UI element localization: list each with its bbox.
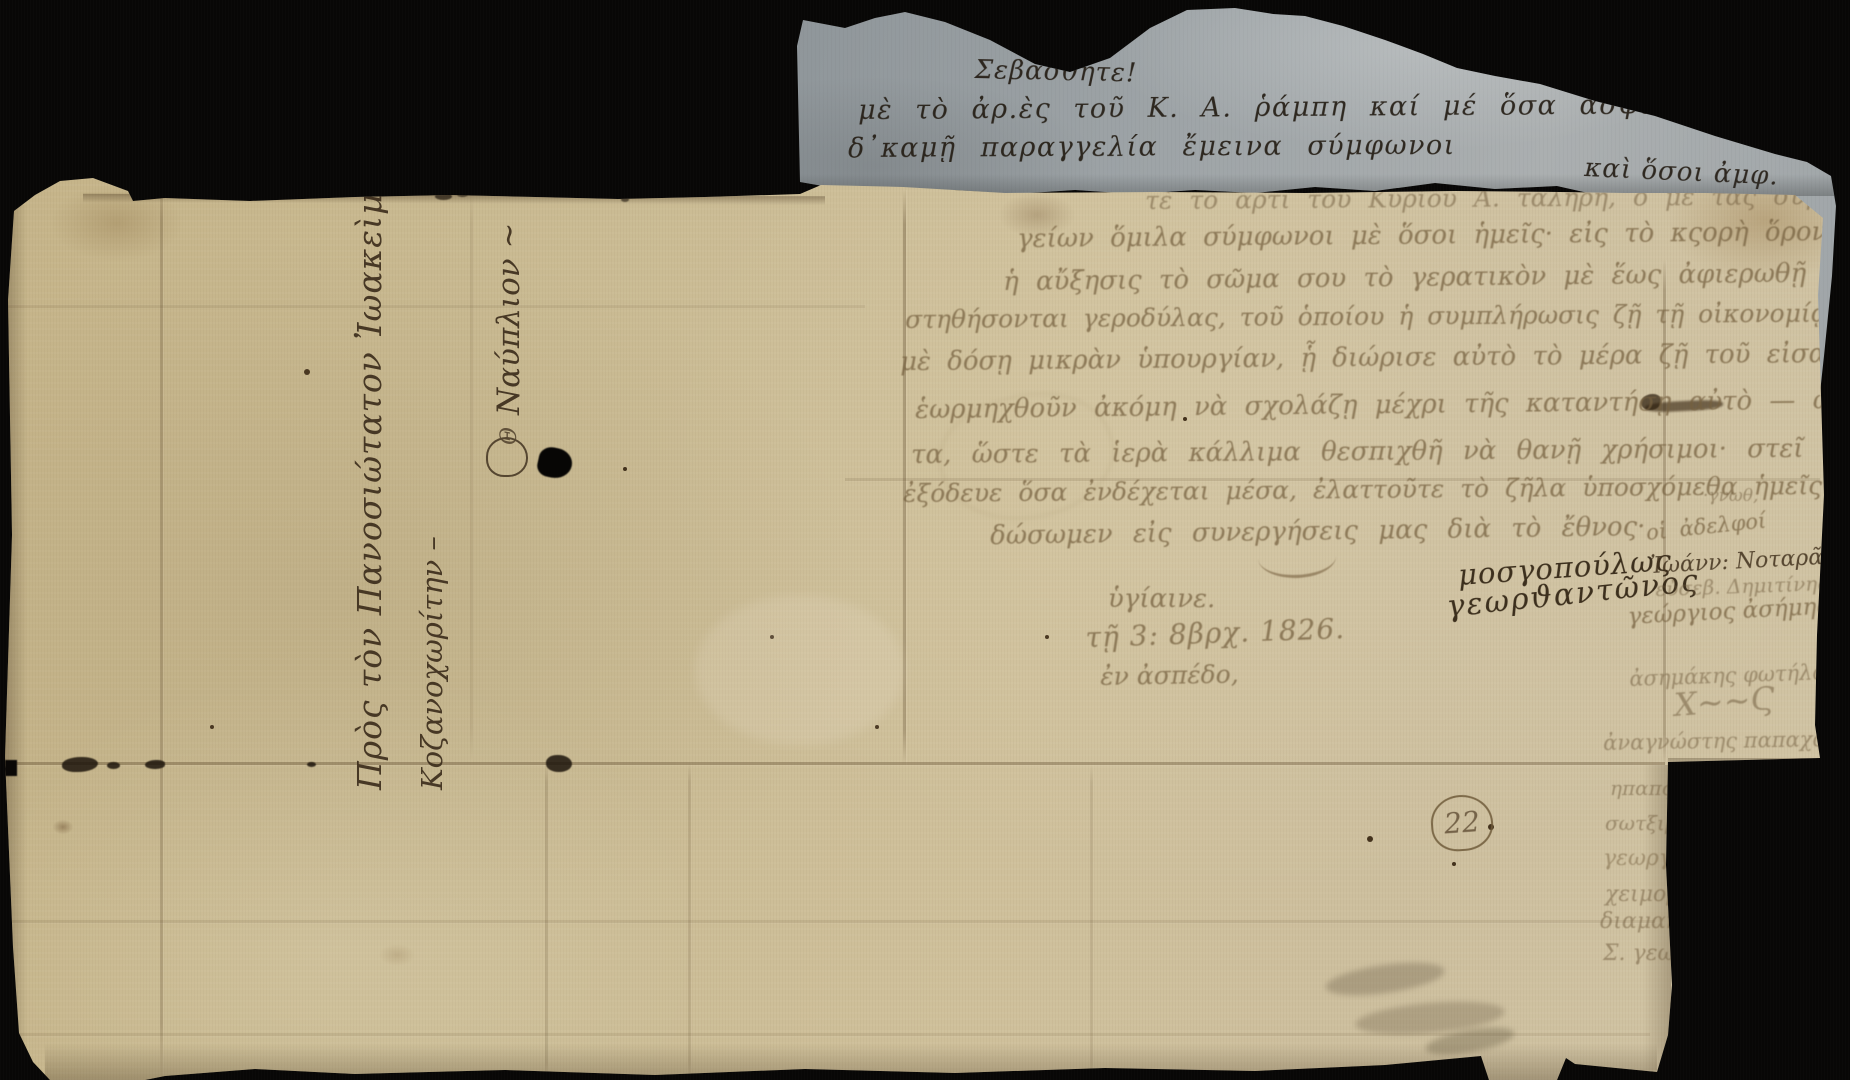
closing-salutation: ὑγίαινε. bbox=[1108, 585, 1215, 614]
signature-flourish-loop bbox=[1256, 534, 1337, 582]
letter-sheet: τὲ τὸ ἄρτι τοῦ Κυρίου Ἀ. ταλήρη, ὁ μὲ τὰ… bbox=[5, 165, 1830, 1080]
date-line: τῇ 3: 8βρχ. 1826. bbox=[1085, 614, 1346, 654]
edge-tear-left bbox=[5, 760, 17, 776]
paper-specks bbox=[5, 165, 9, 169]
strip-salutation: Σεβασθῆτε! bbox=[974, 56, 1137, 88]
signature-partial: ηπαπϛω bbox=[1610, 777, 1689, 799]
top-edge-mark-a bbox=[435, 193, 452, 200]
step-edge-shadow bbox=[1668, 758, 1820, 768]
ink-blot-fold-d bbox=[307, 762, 316, 767]
body-line: γείων ὅμιλα σύμφωνοι μὲ ὅσοι ἡμεῖς· εἰς … bbox=[1017, 216, 1850, 253]
fold-line-vertical-upper-left bbox=[470, 190, 473, 760]
place-line: ἐν ἀσπέδο, bbox=[1100, 661, 1239, 691]
page-number-badge: 22 bbox=[1429, 793, 1495, 853]
fold-line-horizontal-left-sheet bbox=[5, 305, 865, 308]
fold-line-horizontal-lower-a bbox=[5, 920, 1655, 923]
signature-partial: χειμορ bbox=[1605, 883, 1679, 907]
page-number: 22 bbox=[1443, 806, 1481, 839]
ink-blot-fold-c bbox=[145, 760, 165, 769]
strip-line-2: μὲ τὸ ἀρ.ὲς τοῦ Κ. Α. ῥάμπη καί μέ ὅσα ἀ… bbox=[858, 90, 1761, 126]
address-mark-glyph: Θ bbox=[498, 427, 522, 445]
address-destination: Ναύπλιον ∼ bbox=[492, 247, 526, 415]
ink-blot-fold-e bbox=[546, 755, 572, 772]
show-through-patch bbox=[695, 595, 905, 745]
interline-note: ·γνωθ, bbox=[1703, 487, 1758, 506]
signature-partial: γεωργά bbox=[1603, 847, 1687, 871]
top-edge-mark-b bbox=[457, 192, 468, 197]
body-line: τα, ὥστε τὰ ἱερὰ κάλλιμα θεσπιχθῆ νὰ θαν… bbox=[911, 434, 1850, 470]
paper-hole bbox=[535, 445, 574, 481]
signature-right-7: ἀναγνώστης παπαχανιώ bbox=[1603, 727, 1850, 755]
body-line: μὲ δόσῃ μικρὰν ὑπουργίαν, ᾗ διώρισε αὐτὸ… bbox=[900, 339, 1850, 377]
left-edge-shadow bbox=[5, 205, 27, 1067]
signature-partial: διαμαν bbox=[1600, 910, 1679, 934]
ink-blot-fold-a bbox=[62, 757, 98, 772]
scanned-letter-canvas: Σεβασθῆτε! μὲ τὸ ἀρ.ὲς τοῦ Κ. Α. ῥάμπη κ… bbox=[0, 0, 1850, 1080]
body-line: ἡ αὔξησις τὸ σῶμα σου τὸ γερατικὸν μὲ ἕω… bbox=[1003, 257, 1850, 296]
strip-line-3: δ᾽καμῇ παραγγελία ἔμεινα σύμφωνοι bbox=[848, 131, 1456, 164]
address-line-1: Πρὸς τὸν Πανοσιώτατον Ἰωακεὶμ δ. bbox=[352, 220, 388, 790]
top-edge-mark-c bbox=[621, 197, 629, 202]
address-mark: Θ bbox=[486, 437, 528, 477]
address-line-2: Κοζανοχωρίτην – bbox=[417, 550, 449, 790]
top-edge-shadow bbox=[83, 194, 825, 206]
signature-partial: Σ. γεω bbox=[1603, 942, 1675, 966]
bottom-edge-shadow bbox=[45, 1043, 1657, 1080]
ink-blot-fold-b bbox=[107, 762, 120, 769]
fold-line-vertical-left bbox=[160, 165, 163, 1080]
body-line: ἑωρμηχθοῦν ἀκόμη νὰ σχολάζῃ μέχρι τῆς κα… bbox=[915, 385, 1850, 425]
signature-partial: σωτξιρ bbox=[1605, 812, 1677, 834]
body-line: στηθήσονται γεροδύλας, τοῦ ὁποίου ἡ συμπ… bbox=[905, 298, 1850, 333]
fold-line-horizontal-main bbox=[5, 762, 1665, 765]
offset-smudge-a bbox=[1324, 957, 1447, 1001]
signature-right-flourish: Χ∼∼Ϛ bbox=[1673, 681, 1776, 723]
